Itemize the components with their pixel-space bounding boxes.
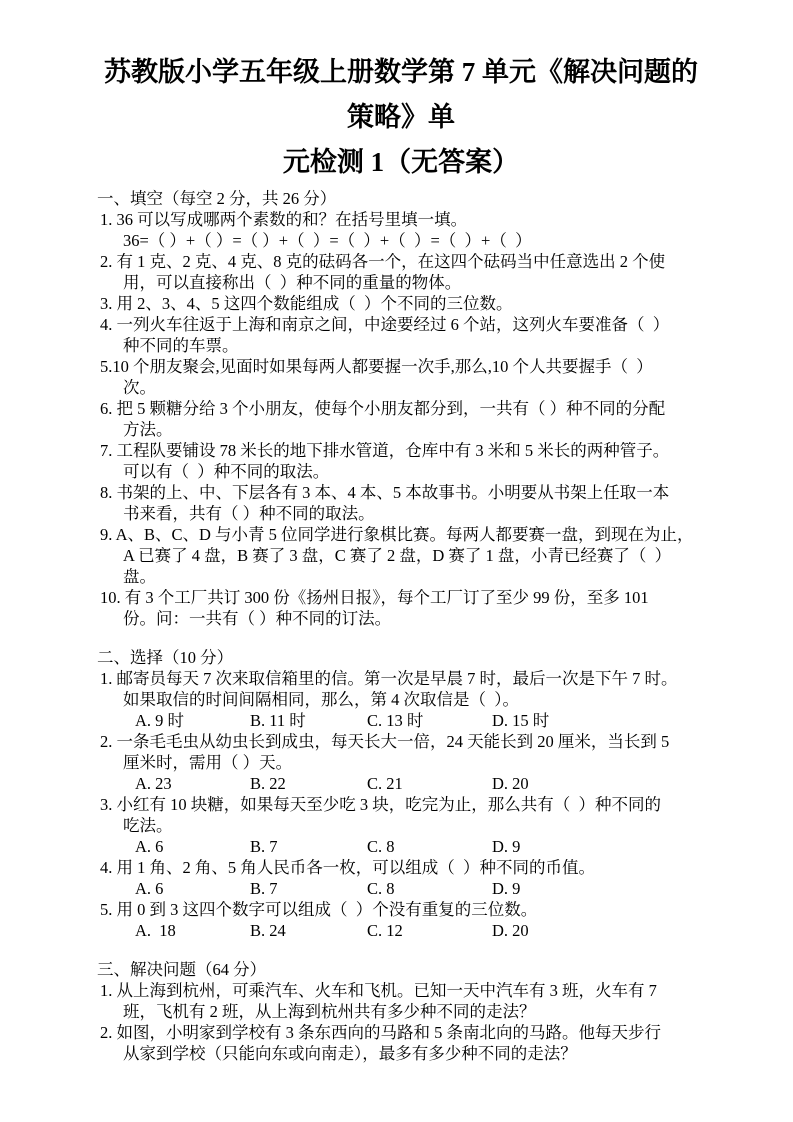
- option-c: C. 8: [367, 878, 492, 899]
- document-title: 苏教版小学五年级上册数学第 7 单元《解决问题的策略》单 元检测 1（无答案）: [97, 50, 705, 185]
- option-d: D. 9: [492, 878, 520, 899]
- question-line: 从家到学校（只能向东或向南走），最多有多少种不同的走法？: [123, 1043, 705, 1064]
- choice-q1-options: A. 9 时 B. 11 时 C. 13 时 D. 15 时: [135, 710, 705, 731]
- question-line: 厘米时，需用（ ）天。: [123, 752, 705, 773]
- choice-q2-options: A. 23 B. 22 C. 21 D. 20: [135, 773, 705, 794]
- question-line: 36=（ ）+（ ）=（ ）+（ ）=（ ）+（ ）=（ ）+（ ）: [123, 230, 705, 251]
- question-line: 3. 用 2、3、4、5 这四个数能组成（ ）个不同的三位数。: [100, 293, 705, 314]
- question-line: 6. 把 5 颗糖分给 3 个小朋友，使每个小朋友都分到，一共有（ ）种不同的分…: [100, 398, 705, 419]
- fill-question-5: 5.10 个朋友聚会,见面时如果每两人都要握一次手,那么,10 个人共要握手（ …: [97, 356, 705, 398]
- option-a: A. 18: [135, 920, 250, 941]
- choice-q3-options: A. 6 B. 7 C. 8 D. 9: [135, 836, 705, 857]
- question-line: 份。问：一共有（ ）种不同的订法。: [123, 608, 705, 629]
- choice-q4-options: A. 6 B. 7 C. 8 D. 9: [135, 878, 705, 899]
- option-d: D. 15 时: [492, 710, 549, 731]
- option-b: B. 24: [250, 920, 367, 941]
- fill-question-10: 10. 有 3 个工厂共订 300 份《扬州日报》，每个工厂订了至少 99 份，…: [97, 587, 705, 629]
- fill-question-3: 3. 用 2、3、4、5 这四个数能组成（ ）个不同的三位数。: [97, 293, 705, 314]
- option-a: A. 9 时: [135, 710, 250, 731]
- question-line: 4. 一列火车往返于上海和南京之间，中途要经过 6 个站，这列火车要准备（ ）: [100, 314, 705, 335]
- choice-question-2: 2. 一条毛毛虫从幼虫长到成虫，每天长大一倍，24 天能长到 20 厘米，当长到…: [97, 731, 705, 794]
- option-b: B. 22: [250, 773, 367, 794]
- option-d: D. 9: [492, 836, 520, 857]
- fill-question-8: 8. 书架的上、中、下层各有 3 本、4 本、5 本故事书。小明要从书架上任取一…: [97, 482, 705, 524]
- question-line: 3. 小红有 10 块糖，如果每天至少吃 3 块，吃完为止，那么共有（ ）种不同…: [100, 794, 705, 815]
- option-c: C. 8: [367, 836, 492, 857]
- fill-question-4: 4. 一列火车往返于上海和南京之间，中途要经过 6 个站，这列火车要准备（ ） …: [97, 314, 705, 356]
- title-line-1: 苏教版小学五年级上册数学第 7 单元《解决问题的策略》单: [97, 50, 705, 140]
- option-c: C. 21: [367, 773, 492, 794]
- question-line: 1. 邮寄员每天 7 次来取信箱里的信。第一次是早晨 7 时，最后一次是下午 7…: [100, 668, 705, 689]
- option-c: C. 12: [367, 920, 492, 941]
- worksheet-page: 苏教版小学五年级上册数学第 7 单元《解决问题的策略》单 元检测 1（无答案） …: [0, 0, 793, 1122]
- question-line: 吃法。: [123, 815, 705, 836]
- question-line: 2. 一条毛毛虫从幼虫长到成虫，每天长大一倍，24 天能长到 20 厘米，当长到…: [100, 731, 705, 752]
- fill-question-7: 7. 工程队要铺设 78 米长的地下排水管道，仓库中有 3 米和 5 米长的两种…: [97, 440, 705, 482]
- option-d: D. 20: [492, 773, 529, 794]
- question-line: 盘。: [123, 566, 705, 587]
- question-line: 次。: [123, 377, 705, 398]
- question-line: 班，飞机有 2 班，从上海到杭州共有多少种不同的走法？: [123, 1001, 705, 1022]
- question-line: 书来看，共有（ ）种不同的取法。: [123, 503, 705, 524]
- option-a: A. 6: [135, 878, 250, 899]
- fill-question-1: 1. 36 可以写成哪两个素数的和？在括号里填一填。 36=（ ）+（ ）=（ …: [97, 209, 705, 251]
- title-line-2: 元检测 1（无答案）: [97, 140, 705, 185]
- question-line: 8. 书架的上、中、下层各有 3 本、4 本、5 本故事书。小明要从书架上任取一…: [100, 482, 705, 503]
- option-b: B. 7: [250, 836, 367, 857]
- question-line: 9. A、B、C、D 与小青 5 位同学进行象棋比赛。每两人都要赛一盘，到现在为…: [100, 524, 705, 545]
- question-line: 4. 用 1 角、2 角、5 角人民币各一枚，可以组成（ ）种不同的币值。: [100, 857, 705, 878]
- question-line: A 已赛了 4 盘，B 赛了 3 盘，C 赛了 2 盘，D 赛了 1 盘，小青已…: [123, 545, 705, 566]
- solve-question-1: 1. 从上海到杭州，可乘汽车、火车和飞机。已知一天中汽车有 3 班，火车有 7 …: [97, 980, 705, 1022]
- choice-question-1: 1. 邮寄员每天 7 次来取信箱里的信。第一次是早晨 7 时，最后一次是下午 7…: [97, 668, 705, 731]
- section-fill-in-blanks: 一、填空（每空 2 分，共 26 分） 1. 36 可以写成哪两个素数的和？在括…: [97, 188, 705, 629]
- section-solve-heading: 三、解决问题（64 分）: [97, 959, 705, 980]
- fill-question-9: 9. A、B、C、D 与小青 5 位同学进行象棋比赛。每两人都要赛一盘，到现在为…: [97, 524, 705, 587]
- question-line: 2. 有 1 克、2 克、4 克、8 克的砝码各一个，在这四个砝码当中任意选出 …: [100, 251, 705, 272]
- section-multiple-choice: 二、选择（10 分） 1. 邮寄员每天 7 次来取信箱里的信。第一次是早晨 7 …: [97, 647, 705, 941]
- question-line: 5.10 个朋友聚会,见面时如果每两人都要握一次手,那么,10 个人共要握手（ …: [100, 356, 705, 377]
- fill-question-2: 2. 有 1 克、2 克、4 克、8 克的砝码各一个，在这四个砝码当中任意选出 …: [97, 251, 705, 293]
- solve-question-2: 2. 如图，小明家到学校有 3 条东西向的马路和 5 条南北向的马路。他每天步行…: [97, 1022, 705, 1064]
- option-a: A. 23: [135, 773, 250, 794]
- section-choice-heading: 二、选择（10 分）: [97, 647, 705, 668]
- fill-question-6: 6. 把 5 颗糖分给 3 个小朋友，使每个小朋友都分到，一共有（ ）种不同的分…: [97, 398, 705, 440]
- option-a: A. 6: [135, 836, 250, 857]
- option-c: C. 13 时: [367, 710, 492, 731]
- section-problem-solving: 三、解决问题（64 分） 1. 从上海到杭州，可乘汽车、火车和飞机。已知一天中汽…: [97, 959, 705, 1064]
- choice-question-4: 4. 用 1 角、2 角、5 角人民币各一枚，可以组成（ ）种不同的币值。 A.…: [97, 857, 705, 899]
- question-line: 2. 如图，小明家到学校有 3 条东西向的马路和 5 条南北向的马路。他每天步行: [100, 1022, 705, 1043]
- question-line: 10. 有 3 个工厂共订 300 份《扬州日报》，每个工厂订了至少 99 份，…: [100, 587, 705, 608]
- question-line: 方法。: [123, 419, 705, 440]
- question-line: 7. 工程队要铺设 78 米长的地下排水管道，仓库中有 3 米和 5 米长的两种…: [100, 440, 705, 461]
- question-line: 用，可以直接称出（ ）种不同的重量的物体。: [123, 272, 705, 293]
- option-b: B. 11 时: [250, 710, 367, 731]
- option-d: D. 20: [492, 920, 529, 941]
- question-line: 1. 36 可以写成哪两个素数的和？在括号里填一填。: [100, 209, 705, 230]
- question-line: 可以有（ ）种不同的取法。: [123, 461, 705, 482]
- choice-question-3: 3. 小红有 10 块糖，如果每天至少吃 3 块，吃完为止，那么共有（ ）种不同…: [97, 794, 705, 857]
- section-fill-heading: 一、填空（每空 2 分，共 26 分）: [97, 188, 705, 209]
- choice-q5-options: A. 18 B. 24 C. 12 D. 20: [135, 920, 705, 941]
- question-line: 种不同的车票。: [123, 335, 705, 356]
- option-b: B. 7: [250, 878, 367, 899]
- question-line: 如果取信的时间间隔相同，那么，第 4 次取信是（ ）。: [123, 689, 705, 710]
- question-line: 1. 从上海到杭州，可乘汽车、火车和飞机。已知一天中汽车有 3 班，火车有 7: [100, 980, 705, 1001]
- choice-question-5: 5. 用 0 到 3 这四个数字可以组成（ ）个没有重复的三位数。 A. 18 …: [97, 899, 705, 941]
- question-line: 5. 用 0 到 3 这四个数字可以组成（ ）个没有重复的三位数。: [100, 899, 705, 920]
